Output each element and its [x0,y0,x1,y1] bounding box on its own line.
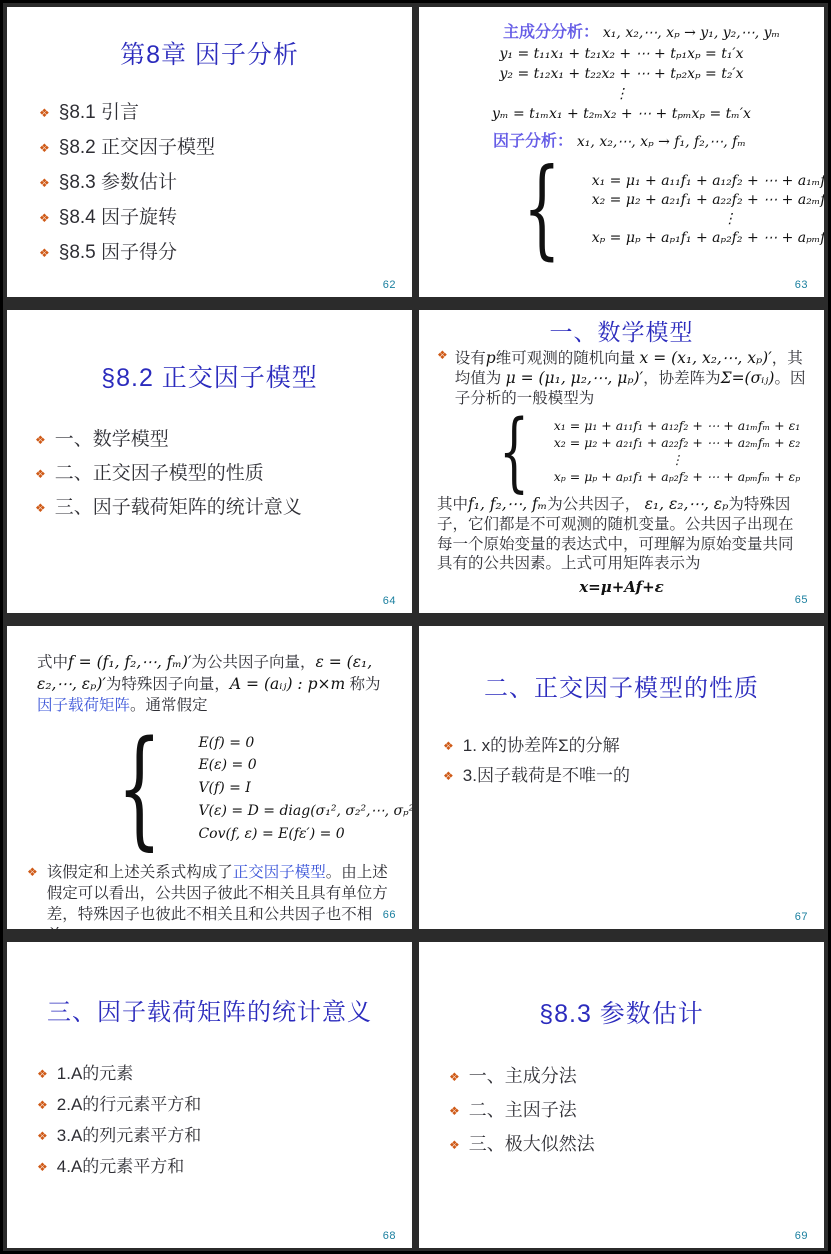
matrix-form-equation: x=μ+Af+ε [437,578,806,597]
list-item: ❖二、正交因子模型的性质 [35,458,394,485]
diamond-bullet-icon: ❖ [35,467,46,481]
list-item-label: 2.A的行元素平方和 [57,1090,202,1115]
diamond-bullet-icon: ❖ [39,211,50,225]
system-lines: E(f) = 0 E(ε) = 0 V(f) = I V(ε) = D = di… [198,730,412,848]
slide-66: 式中f = (f₁, f₂,⋯, fₘ)′为公共因子向量，ε = (ε₁, ε₂… [7,626,412,929]
paragraph-text: 设有p维可观测的随机向量 x = (x₁, x₂,⋯, xₚ)′，其均值为 μ … [455,349,806,408]
page-number: 62 [383,279,396,291]
formula-line: E(ε) = 0 [198,756,412,775]
list-item: ❖三、因子载荷矩阵的统计意义 [35,492,394,519]
list-item-label: §8.5 因子得分 [59,237,177,264]
formula-line: x₂ = μ₂ + a₂₁f₁ + a₂₂f₂ + ⋯ + a₂ₘfₘ + ε₂ [554,435,801,451]
list-item-label: 3.A的列元素平方和 [57,1121,202,1146]
diamond-bullet-icon: ❖ [35,433,46,447]
page-number: 69 [795,1230,808,1242]
slide-title: 三、因子载荷矩阵的统计意义 [25,992,394,1027]
slide-64: §8.2 正交因子模型 ❖一、数学模型 ❖二、正交因子模型的性质 ❖三、因子载荷… [7,310,412,613]
diamond-bullet-icon: ❖ [35,501,46,515]
slide-68: 三、因子载荷矩阵的统计意义 ❖1.A的元素 ❖2.A的行元素平方和 ❖3.A的列… [7,942,412,1248]
diamond-bullet-icon: ❖ [449,1070,460,1084]
vertical-dots: ⋮ [554,452,801,468]
formula-line: E(f) = 0 [198,734,412,753]
left-brace: { [117,725,162,853]
list-item-label: 4.A的元素平方和 [57,1152,185,1177]
list-item: ❖一、主成分法 [449,1062,806,1088]
list-item-label: 二、主因子法 [469,1096,577,1122]
formula-line: xₚ = μₚ + aₚ₁f₁ + aₚ₂f₂ + ⋯ + aₚₘfₘ + εₚ [554,469,801,485]
list-item: ❖2.A的行元素平方和 [37,1090,394,1115]
vertical-dots: ⋮ [592,211,824,227]
slide-62: 第8章 因子分析 ❖§8.1 引言 ❖§8.2 正交因子模型 ❖§8.3 参数估… [7,7,412,297]
left-brace: { [523,155,561,263]
list-item-label: 3.因子载荷是不唯一的 [463,761,630,786]
list-item: ❖三、极大似然法 [449,1130,806,1156]
slide-title: §8.2 正交因子模型 [25,358,394,394]
diamond-bullet-icon: ❖ [443,769,454,783]
toc-list: ❖1. x的协差阵Σ的分解 ❖3.因子载荷是不唯一的 [443,731,806,786]
slide-title: 二、正交因子模型的性质 [437,668,806,703]
orthogonal-model-paragraph: ❖ 该假定和上述关系式构成了正交因子模型。由上述假定可以看出，公共因子彼此不相关… [27,863,394,929]
list-item: ❖3.A的列元素平方和 [37,1121,394,1146]
fa-mapping-formula: x₁, x₂,⋯, xₚ → f₁, f₂,⋯, fₘ [577,134,746,150]
pca-label: 主成分分析： [503,24,599,41]
list-item: ❖1. x的协差阵Σ的分解 [443,731,806,756]
list-item-label: 二、正交因子模型的性质 [55,458,264,485]
diamond-bullet-icon: ❖ [27,864,38,880]
page-number: 66 [383,908,396,923]
formula-line: V(ε) = D = diag(σ₁², σ₂²,⋯, σₚ²) [198,802,412,821]
toc-list: ❖1.A的元素 ❖2.A的行元素平方和 ❖3.A的列元素平方和 ❖4.A的元素平… [37,1059,394,1177]
list-item-label: 1. x的协差阵Σ的分解 [463,731,620,756]
system-lines: x₁ = μ₁ + a₁₁f₁ + a₁₂f₂ + ⋯ + a₁ₘfₘ + ε₁… [554,417,801,486]
list-item-label: §8.2 正交因子模型 [59,132,215,159]
list-item: ❖§8.3 参数估计 [39,167,394,194]
page-number: 67 [795,911,808,923]
system-lines: x₁ = μ₁ + a₁₁f₁ + a₁₂f₂ + ⋯ + a₁ₘfₘ + ε₁… [592,170,824,249]
formula-line: xₚ = μₚ + aₚ₁f₁ + aₚ₂f₂ + ⋯ + aₚₘfₘ + εₚ [592,230,824,246]
page-number: 63 [795,279,808,291]
left-brace: { [499,409,529,495]
loading-matrix-paragraph: 式中f = (f₁, f₂,⋯, fₘ)′为公共因子向量，ε = (ε₁, ε₂… [37,652,394,717]
slide-69: §8.3 参数估计 ❖一、主成分法 ❖二、主因子法 ❖三、极大似然法 69 [419,942,824,1248]
model-intro-paragraph: ❖ 设有p维可观测的随机向量 x = (x₁, x₂,⋯, xₚ)′，其均值为 … [437,349,806,408]
diamond-bullet-icon: ❖ [437,348,448,407]
model-explanation-paragraph: 其中f₁, f₂,⋯, fₘ为公共因子， ε₁, ε₂,⋯, εₚ为特殊因子，它… [437,495,806,574]
list-item: ❖1.A的元素 [37,1059,394,1084]
page-number: 68 [383,1230,396,1242]
list-item-label: §8.3 参数估计 [59,167,177,194]
formula-line: y₂ = t₁₂x₁ + t₂₂x₂ + ⋯ + tₚ₂xₚ = t₂′x [437,66,806,82]
factor-model-system: { x₁ = μ₁ + a₁₁f₁ + a₁₂f₂ + ⋯ + a₁ₘfₘ + … [523,155,806,263]
slide-title: §8.3 参数估计 [437,994,806,1030]
pca-heading: 主成分分析： x₁, x₂,⋯, xₚ → y₁, y₂,⋯, yₘ [437,19,806,42]
slide-title: 第8章 因子分析 [25,35,394,71]
list-item: ❖4.A的元素平方和 [37,1152,394,1177]
list-item-label: §8.4 因子旋转 [59,202,177,229]
handout-sheet: 第8章 因子分析 ❖§8.1 引言 ❖§8.2 正交因子模型 ❖§8.3 参数估… [0,0,831,1254]
list-item-label: 三、极大似然法 [469,1130,595,1156]
toc-list: ❖一、主成分法 ❖二、主因子法 ❖三、极大似然法 [449,1062,806,1156]
list-item-label: 一、主成分法 [469,1062,577,1088]
list-item: ❖§8.5 因子得分 [39,237,394,264]
list-item: ❖§8.2 正交因子模型 [39,132,394,159]
list-item-label: 一、数学模型 [55,424,169,451]
term-factor-loading-matrix: 因子载荷矩阵 [37,697,130,714]
diamond-bullet-icon: ❖ [37,1067,48,1081]
list-item-label: §8.1 引言 [59,97,139,124]
slide-63: 主成分分析： x₁, x₂,⋯, xₚ → y₁, y₂,⋯, yₘ y₁ = … [419,7,824,297]
toc-list: ❖一、数学模型 ❖二、正交因子模型的性质 ❖三、因子载荷矩阵的统计意义 [35,424,394,519]
pca-equations: y₁ = t₁₁x₁ + t₂₁x₂ + ⋯ + tₚ₁xₚ = t₁′x y₂… [437,46,806,122]
diamond-bullet-icon: ❖ [37,1129,48,1143]
diamond-bullet-icon: ❖ [39,176,50,190]
list-item: ❖§8.1 引言 [39,97,394,124]
factor-model-system: { x₁ = μ₁ + a₁₁f₁ + a₁₂f₂ + ⋯ + a₁ₘfₘ + … [499,409,806,495]
toc-list: ❖§8.1 引言 ❖§8.2 正交因子模型 ❖§8.3 参数估计 ❖§8.4 因… [39,97,394,264]
formula-line: x₁ = μ₁ + a₁₁f₁ + a₁₂f₂ + ⋯ + a₁ₘfₘ + ε₁ [554,418,801,434]
assumption-system: { E(f) = 0 E(ε) = 0 V(f) = I V(ε) = D = … [117,725,394,853]
slide-65: 一、数学模型 ❖ 设有p维可观测的随机向量 x = (x₁, x₂,⋯, xₚ)… [419,310,824,613]
diamond-bullet-icon: ❖ [449,1104,460,1118]
formula-line: x₁ = μ₁ + a₁₁f₁ + a₁₂f₂ + ⋯ + a₁ₘfₘ + ε₁ [592,173,824,189]
formula-line: y₁ = t₁₁x₁ + t₂₁x₂ + ⋯ + tₚ₁xₚ = t₁′x [437,46,806,62]
list-item-label: 三、因子载荷矩阵的统计意义 [55,492,302,519]
slide-67: 二、正交因子模型的性质 ❖1. x的协差阵Σ的分解 ❖3.因子载荷是不唯一的 6… [419,626,824,929]
list-item: ❖二、主因子法 [449,1096,806,1122]
formula-line: V(f) = I [198,779,412,798]
diamond-bullet-icon: ❖ [443,739,454,753]
diamond-bullet-icon: ❖ [39,141,50,155]
formula-line: yₘ = t₁ₘx₁ + t₂ₘx₂ + ⋯ + tₚₘxₚ = tₘ′x [437,106,806,122]
page-number: 64 [383,595,396,607]
list-item: ❖一、数学模型 [35,424,394,451]
list-item: ❖3.因子载荷是不唯一的 [443,761,806,786]
diamond-bullet-icon: ❖ [37,1160,48,1174]
fa-heading: 因子分析： x₁, x₂,⋯, xₚ → f₁, f₂,⋯, fₘ [437,128,806,151]
formula-line: Cov(f, ε) = E(fε′) = 0 [198,825,412,844]
slide-title: 一、数学模型 [437,318,806,347]
diamond-bullet-icon: ❖ [37,1098,48,1112]
page-number: 65 [795,593,808,607]
term-orthogonal-factor-model: 正交因子模型 [233,864,326,881]
diamond-bullet-icon: ❖ [39,106,50,120]
diamond-bullet-icon: ❖ [449,1138,460,1152]
pca-mapping-formula: x₁, x₂,⋯, xₚ → y₁, y₂,⋯, yₘ [603,25,780,41]
list-item-label: 1.A的元素 [57,1059,134,1084]
list-item: ❖§8.4 因子旋转 [39,202,394,229]
vertical-dots: ⋮ [437,86,806,102]
formula-line: x₂ = μ₂ + a₂₁f₁ + a₂₂f₂ + ⋯ + a₂ₘfₘ + ε₂ [592,192,824,208]
paragraph-text: 该假定和上述关系式构成了正交因子模型。由上述假定可以看出，公共因子彼此不相关且具… [47,863,394,929]
diamond-bullet-icon: ❖ [39,246,50,260]
